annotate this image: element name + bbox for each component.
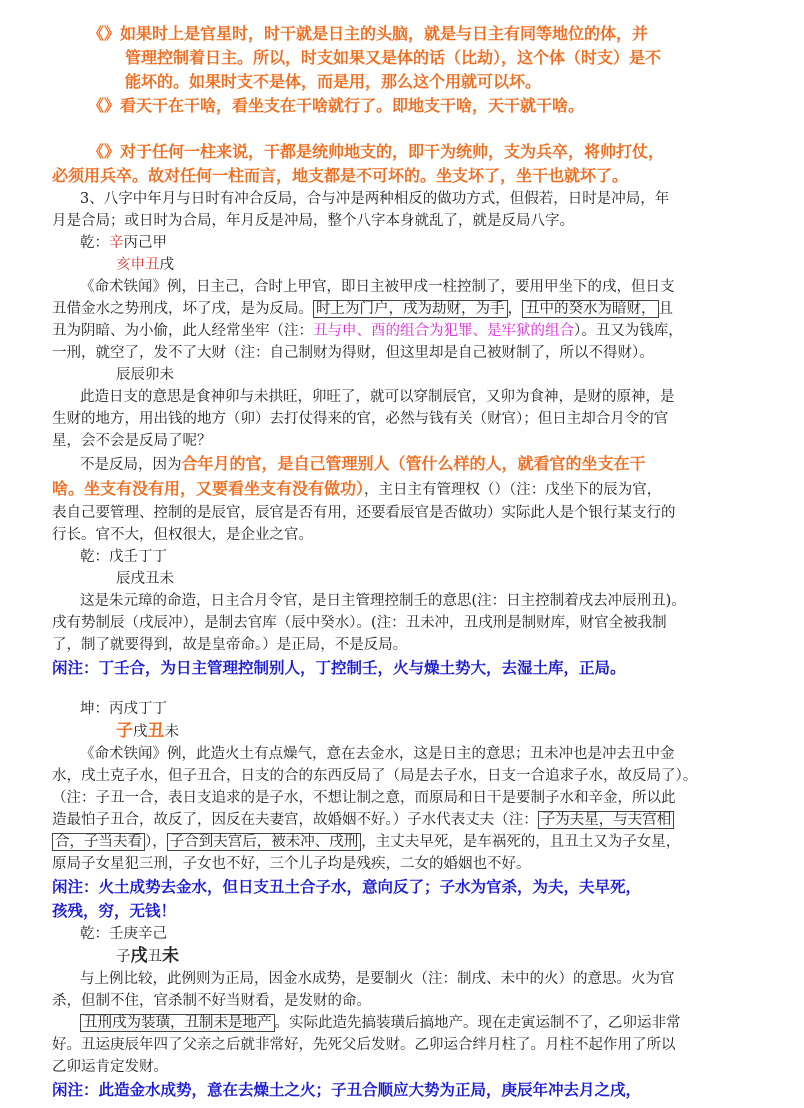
case4-comment-l1: 闲注：火土成势去金水，但日支丑土合子水，意向反了；子水为官杀，为夫，夫早死， xyxy=(52,875,732,899)
branch-bold: 未 xyxy=(162,946,179,966)
note-1-line-3: 能坏的。如果时支不是体，而是用，那么这个用就可以坏。 xyxy=(52,70,732,94)
text: 。实际此造先搞装璜后搞地产。现在走寅运制不了，乙卯运非常 xyxy=(275,1015,681,1031)
case4-p1-l1: 《命术铁闻》例，此造火土有点燥气，意在去金水，这是日主的意思；丑未冲也是冲去丑中… xyxy=(52,743,732,765)
case1-p1-l2: 丑借金水之势刑戌，坏了戌，是为反局。时上为门户，戌为劫财，为手，丑中的癸水为暗财… xyxy=(52,298,732,320)
branch-highlight: 子 xyxy=(116,721,133,741)
branches-highlight: 亥申丑 xyxy=(116,257,160,273)
text: ）， xyxy=(145,834,167,850)
case4-p1-l4: 造最怕子丑合，故反了，因反在夫妻宫，故婚姻不好。）子水代表丈夫（注：子为夫星，与… xyxy=(52,809,732,831)
case5-p2-l2: 好。丑运庚辰年四了父亲之后就非常好，先死父后发财。乙卯运合绊月柱了。月柱不起作用… xyxy=(52,1034,732,1056)
case4-p1-l3: （注：子丑一合，表日支追求的是子水，不想让制之意，而原局和日干是要制子水和辛金，… xyxy=(52,787,732,809)
case2-p2-l3: 表自己要管理、控制的是辰官，辰官是否有用，还要看辰官是否做功）实际此人是个银行某… xyxy=(52,502,732,524)
text: 不是反局，因为 xyxy=(80,457,182,473)
case3-branches: 辰戌丑未 xyxy=(52,568,732,590)
gender-label: 坤： xyxy=(80,701,109,717)
case4-stems: 坤：丙戌丁丁 xyxy=(52,698,732,720)
boxed-annotation: 合，子当夫看 xyxy=(52,833,145,851)
text: ，主丈夫早死，是车祸死的，且丑土又为子女星， xyxy=(361,834,680,850)
spacer xyxy=(52,118,732,140)
text: ， xyxy=(508,301,523,317)
stems: 壬庚辛己 xyxy=(109,926,167,942)
gender-label: 乾： xyxy=(80,235,109,251)
orange-emphasis: 合年月的官，是自己管理别人（管什么样的人，就看官的坐支在干 xyxy=(182,454,646,473)
case2-branches: 辰辰卯未 xyxy=(52,364,732,386)
case5-p2-l1: 丑刑戌为装璜，丑制未是地产。实际此造先搞装璜后搞地产。现在走寅运制不了，乙卯运非… xyxy=(52,1012,732,1034)
branch: 丑 xyxy=(148,949,163,965)
case4-p1-l2: 水，戌土克子水，但子丑合，日支的合的东西反局了（局是去子水，日支一合追求子水，故… xyxy=(52,765,732,787)
note-1-line-2: 管理控制着日主。所以，时支如果又是体的话（比劫），这个体（时支）是不 xyxy=(52,46,732,70)
case2-p2-l1: 不是反局，因为合年月的官，是自己管理别人（管什么样的人，就看官的坐支在干 xyxy=(52,452,732,477)
case2-p2-l4: 行长。官不大，但权很大，是企业之官。 xyxy=(52,524,732,546)
case1-p1-l3: 丑为阴暗、为小偷，此人经常坐牢（注：丑与申、酉的组合为犯罪、是牢狱的组合）。丑又… xyxy=(52,320,732,342)
note-1-line-1: 《》如果时上是官星时，时干就是日主的头脑，就是与日主有同等地位的体，并 xyxy=(52,22,732,46)
case5-branches: 子戌丑未 xyxy=(52,945,732,968)
document-page: 《》如果时上是官星时，时干就是日主的头脑，就是与日主有同等地位的体，并 管理控制… xyxy=(52,22,732,1102)
case4-p1-l6: 原局子女星犯三刑，子女也不好，三个儿子均是残疾，二女的婚姻也不好。 xyxy=(52,853,732,875)
case1-p1-l4: 一刑，就空了，发不了大财（注：自己制财为得财，但这里却是自己被财制了，所以不得财… xyxy=(52,342,732,364)
branches-rest: 戌 xyxy=(160,257,175,273)
note-2: 《》看天干在干啥，看坐支在干啥就行了。即地支干啥，天干就干啥。 xyxy=(52,94,732,118)
case4-p1-l5: 合，子当夫看），子合到夫宫后，被未冲、戌刑，主丈夫早死，是车祸死的，且丑土又为子… xyxy=(52,831,732,853)
case4-branches: 子戌丑未 xyxy=(52,720,732,743)
text: 丑借金水之势刑戌，坏了戌，是为反局。 xyxy=(52,301,313,317)
case2-p1-l2: 生财的地方，用出钱的地方（卯）去打仗得来的官，必然与钱有关（财官）；但日主却合月… xyxy=(52,408,732,430)
case3-p1-l2: 戌有势制辰（戌辰冲），是制去官库（辰中癸水）。(注：丑未冲，丑戌刑是制财库，财官… xyxy=(52,612,732,634)
case3-comment: 闲注：丁壬合，为日主管理控制别人，丁控制壬，火与燥土势大，去湿土库，正局。 xyxy=(52,656,732,680)
text: 且 xyxy=(659,301,674,317)
stem-highlight: 辛 xyxy=(109,235,124,251)
case3-p1-l3: 了，制了就要得到，故是皇帝命。）是正局，不是反局。 xyxy=(52,634,732,656)
branch: 子 xyxy=(116,949,131,965)
case2-p1-l1: 此造日支的意思是食神卯与未拱旺，卯旺了，就可以穿制辰官，又卯为食神，是财的原神，… xyxy=(52,386,732,408)
gender-label: 乾： xyxy=(80,926,109,942)
branch-bold: 戌 xyxy=(131,946,148,966)
case5-p2-l3: 乙卯运肯定发财。 xyxy=(52,1056,732,1078)
boxed-annotation: 丑中的癸水为暗财， xyxy=(522,300,659,318)
case5-p1-l2: 杀，但制不住，官杀制不好当财看，是发财的命。 xyxy=(52,990,732,1012)
case5-stems: 乾：壬庚辛己 xyxy=(52,923,732,945)
spacer xyxy=(52,680,732,698)
magenta-note: 丑与申、酉的组合为犯罪、是牢狱的组合 xyxy=(313,323,574,339)
branch-highlight: 丑 xyxy=(148,721,165,741)
branch: 戌 xyxy=(133,724,148,740)
stems: 戊壬丁丁 xyxy=(109,549,167,565)
case2-p1-l3: 星，会不会是反局了呢？ xyxy=(52,430,732,452)
gender-label: 乾： xyxy=(80,549,109,565)
boxed-annotation: 子为夫星，与夫宫相 xyxy=(538,811,675,829)
note-3-line-1: 《》对于任何一柱来说，干都是统帅地支的，即干为统帅，支为兵卒，将帅打仗， xyxy=(52,140,732,164)
text: 丑为阴暗、为小偷，此人经常坐牢（注： xyxy=(52,323,313,339)
section-3-line-1: 3、八字中年月与日时有冲合反局，合与冲是两种相反的做功方式，但假若，日时是冲局，… xyxy=(52,188,732,210)
text: ，主日主有管理权（）（注：戊坐下的辰为官， xyxy=(364,482,661,498)
text: 造最怕子丑合，故反了，因反在夫妻宫，故婚姻不好。）子水代表丈夫（注： xyxy=(52,812,538,828)
case5-p1-l1: 与上例比较，此例则为正局，因金水成势，是要制火（注：制戌、未中的火）的意思。火为… xyxy=(52,968,732,990)
case1-stems: 乾：辛丙己甲 xyxy=(52,232,732,254)
case2-p2-l2: 啥。坐支有没有用，又要看坐支有没有做功），主日主有管理权（）（注：戊坐下的辰为官… xyxy=(52,477,732,502)
boxed-annotation: 丑刑戌为装璜，丑制未是地产 xyxy=(80,1014,275,1032)
case5-comment: 闲注：此造金水成势，意在去燥土之火；子丑合顺应大势为正局，庚辰年冲去月之戌， xyxy=(52,1078,732,1102)
case4-comment-l2: 孩残，穷，无钱！ xyxy=(52,899,732,923)
orange-emphasis: 啥。坐支有没有用，又要看坐支有没有做功） xyxy=(52,479,364,498)
note-3-line-2: 必须用兵卒。故对任何一柱而言，地支都是不可坏的。坐支坏了，坐干也就坏了。 xyxy=(52,164,732,188)
case1-branches: 亥申丑戌 xyxy=(52,254,732,276)
branch: 未 xyxy=(165,724,180,740)
case3-p1-l1: 这是朱元璋的命造，日主合月令官，是日主管理控制壬的意思(注：日主控制着戌去冲辰刑… xyxy=(52,590,732,612)
text: ）。丑又为钱库， xyxy=(574,323,683,339)
case1-p1-l1: 《命术铁闻》例，日主己，合时上甲官，即日主被甲戌一柱控制了，要用甲坐下的戌，但日… xyxy=(52,276,732,298)
section-3-line-2: 月是合局；或日时为合局，年月反是冲局，整个八字本身就乱了，就是反局八字。 xyxy=(52,210,732,232)
boxed-annotation: 子合到夫宫后，被未冲、戌刑 xyxy=(167,833,362,851)
stems-rest: 丙己甲 xyxy=(124,235,168,251)
case3-stems: 乾：戊壬丁丁 xyxy=(52,546,732,568)
boxed-annotation: 时上为门户，戌为劫财，为手 xyxy=(313,300,508,318)
stems: 丙戌丁丁 xyxy=(109,701,167,717)
